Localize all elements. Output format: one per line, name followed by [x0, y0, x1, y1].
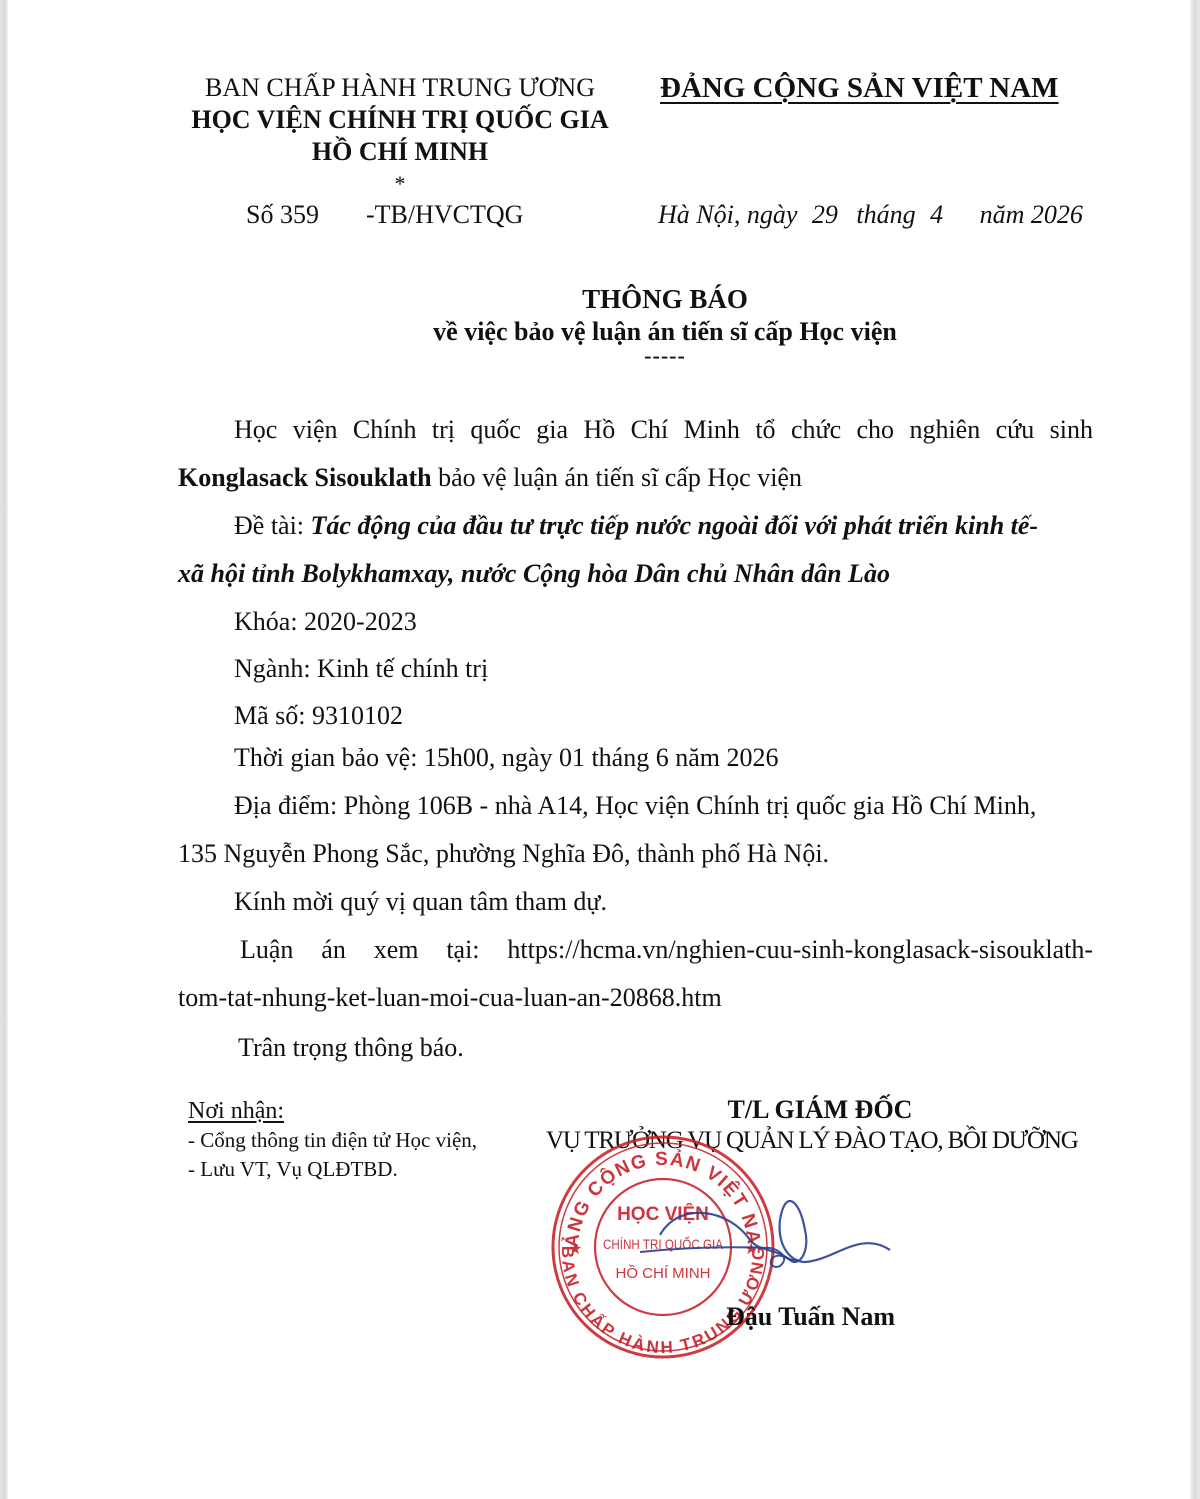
topic-title-part1: Tác động của đầu tư trực tiếp nước ngoài… [311, 511, 1039, 540]
svg-text:★: ★ [568, 1241, 582, 1258]
thesis-line1: Luận án xem tại: https://hcma.vn/nghien-… [178, 926, 1093, 974]
org-name-line2: HỒ CHÍ MINH [170, 136, 630, 168]
location-line2: 135 Nguyễn Phong Sắc, phường Nghĩa Đô, t… [178, 830, 1093, 878]
number-prefix: Số 359 [246, 200, 366, 230]
thesis-label: Luận án xem tại: [240, 935, 507, 964]
day: 29 [812, 200, 838, 230]
title-subtitle: về việc bảo vệ luận án tiến sĩ cấp Học v… [0, 316, 1200, 348]
defense-time: Thời gian bảo vệ: 15h00, ngày 01 tháng 6… [178, 734, 1149, 782]
number-suffix: -TB/HVCTQG [366, 200, 523, 229]
closing: Trân trọng thông báo. [178, 1024, 1153, 1072]
issuing-authority: BAN CHẤP HÀNH TRUNG ƯƠNG HỌC VIỆN CHÍNH … [170, 72, 630, 194]
location-paragraph: Địa điểm: Phòng 106B - nhà A14, Học viện… [178, 782, 1093, 878]
signatory-authority: T/L GIÁM ĐỐC [650, 1095, 990, 1125]
org-parent: BAN CHẤP HÀNH TRUNG ƯƠNG [170, 72, 630, 104]
recipient-item: - Cổng thông tin điện tử Học viện, [188, 1126, 477, 1155]
notice-title: THÔNG BÁO về việc bảo vệ luận án tiến sĩ… [0, 282, 1200, 364]
topic-paragraph: Đề tài: Tác động của đầu tư trực tiếp nư… [178, 502, 1093, 598]
recipient-item: - Lưu VT, Vụ QLĐTBD. [188, 1155, 477, 1184]
major: Ngành: Kinh tế chính trị [178, 645, 1149, 693]
month: 4 [930, 200, 943, 230]
signer-name: Đậu Tuấn Nam [726, 1302, 895, 1332]
topic-title-part2: xã hội tỉnh Bolykhamxay, nước Cộng hòa D… [178, 550, 1093, 598]
document-number: Số 359-TB/HVCTQG [246, 200, 523, 230]
thesis-url-part1[interactable]: https://hcma.vn/nghien-cuu-sinh-konglasa… [507, 935, 1093, 964]
topic-label: Đề tài: [234, 511, 311, 540]
intro-line1: Học viện Chính trị quốc gia Hồ Chí Minh … [178, 406, 1093, 454]
invitation: Kính mời quý vị quan tâm tham dự. [178, 878, 1149, 926]
location-line1: Địa điểm: Phòng 106B - nhà A14, Học viện… [178, 782, 1093, 830]
title-main: THÔNG BÁO [0, 282, 1200, 316]
thesis-link-paragraph: Luận án xem tại: https://hcma.vn/nghien-… [178, 926, 1093, 1022]
intro-paragraph: Học viện Chính trị quốc gia Hồ Chí Minh … [178, 406, 1093, 502]
party-name: ĐẢNG CỘNG SẢN VIỆT NAM [660, 72, 1059, 105]
candidate-name: Konglasack Sisouklath [178, 463, 432, 492]
recipients-block: Nơi nhận: - Cổng thông tin điện tử Học v… [188, 1097, 477, 1184]
month-label: tháng [856, 200, 915, 229]
page-edge-right [1190, 0, 1200, 1499]
title-separator: ----- [0, 348, 1200, 364]
thesis-url-part2[interactable]: tom-tat-nhung-ket-luan-moi-cua-luan-an-2… [178, 974, 1093, 1022]
org-name-line1: HỌC VIỆN CHÍNH TRỊ QUỐC GIA [170, 104, 630, 136]
topic-line1: Đề tài: Tác động của đầu tư trực tiếp nư… [178, 502, 1093, 550]
intro-line2-rest: bảo vệ luận án tiến sĩ cấp Học viện [432, 463, 802, 492]
major-code: Mã số: 9310102 [178, 692, 1149, 740]
place: Hà Nội, ngày [658, 200, 797, 229]
course: Khóa: 2020-2023 [178, 598, 1149, 646]
star-divider: * [170, 174, 630, 194]
page-edge-left [0, 0, 8, 1499]
handwritten-signature-icon [640, 1190, 900, 1290]
year: năm 2026 [980, 200, 1083, 229]
place-date: Hà Nội, ngày 29 tháng 4 năm 2026 [658, 200, 1083, 230]
intro-line2: Konglasack Sisouklath bảo vệ luận án tiế… [178, 454, 1093, 502]
recipients-heading: Nơi nhận: [188, 1097, 477, 1126]
